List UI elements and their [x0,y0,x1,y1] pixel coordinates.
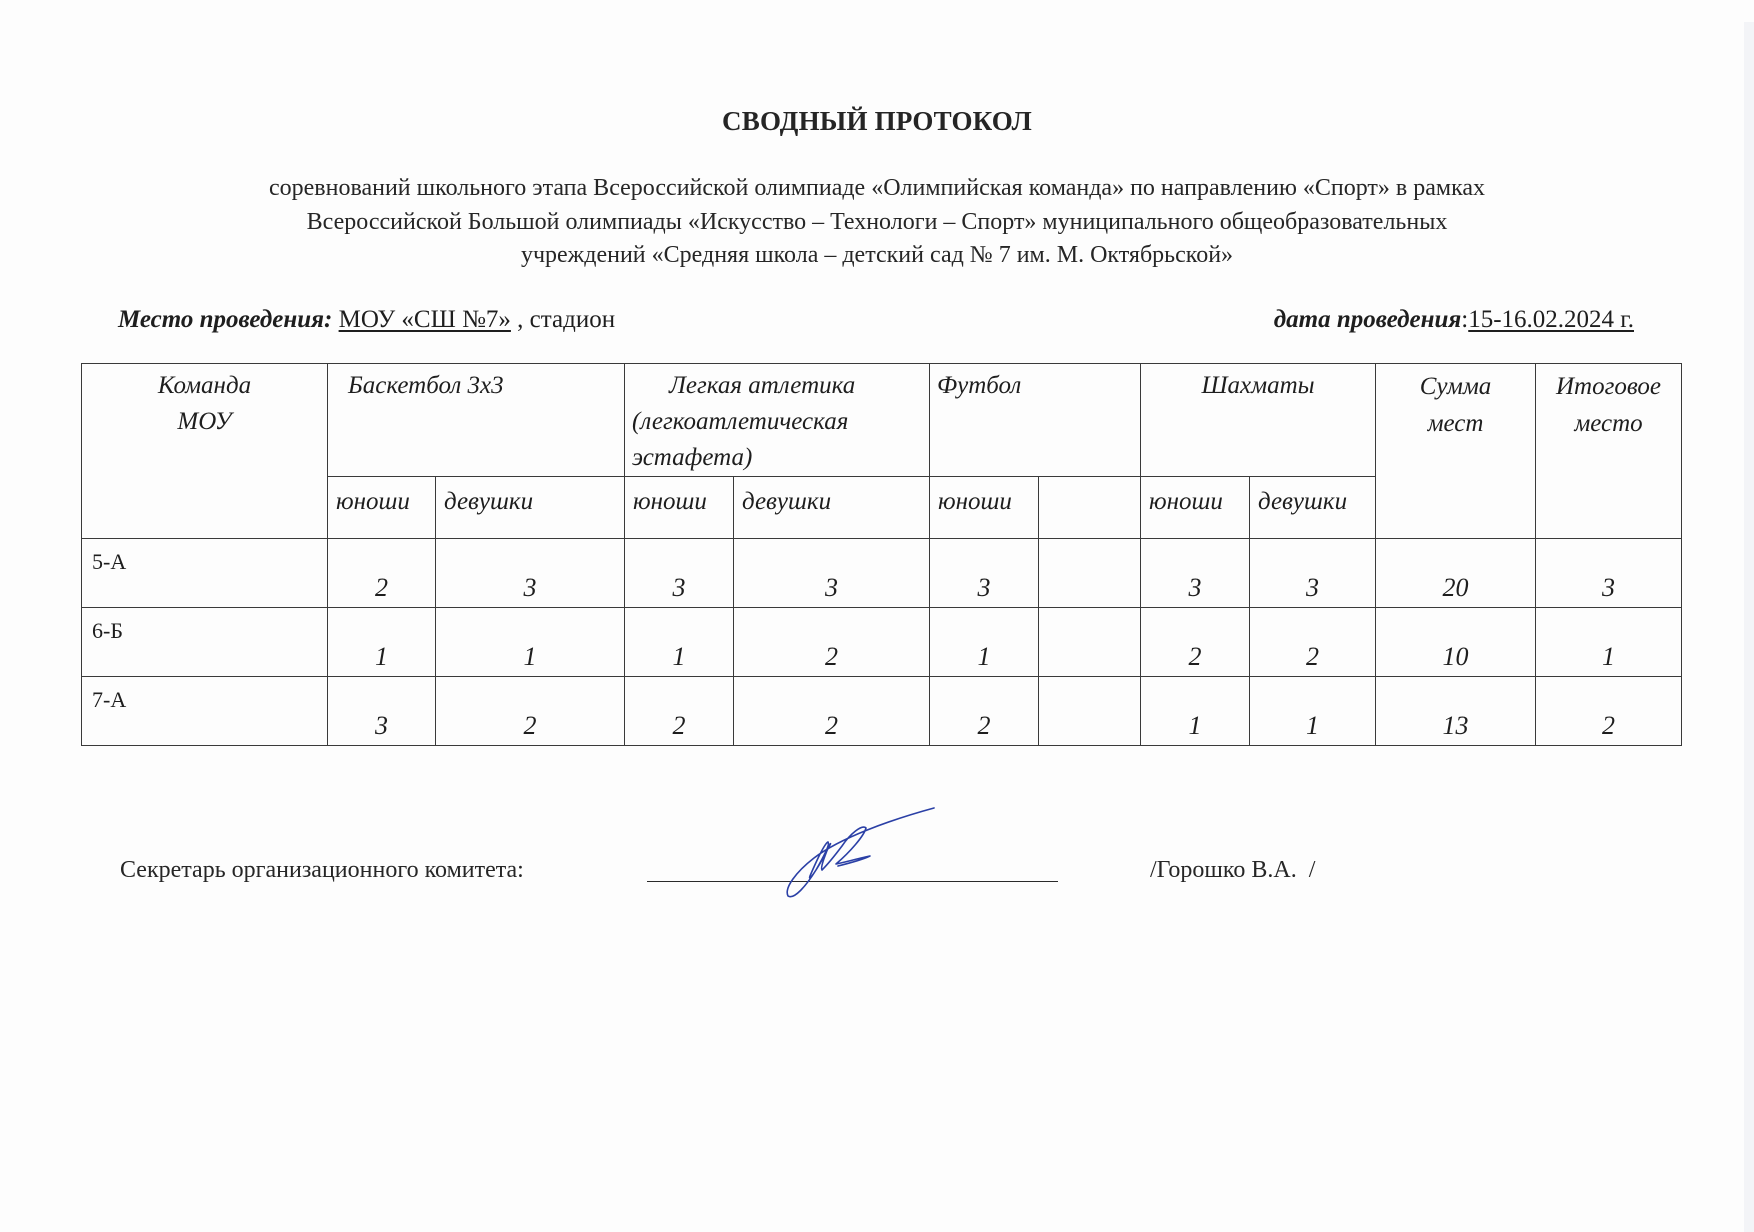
signature-icon [770,800,940,900]
header-sum: Сумма мест [1376,364,1536,539]
cell-value: 1 [328,608,436,677]
header-athletics-line: эстафета) [632,440,929,476]
cell-value: 3 [328,677,436,746]
cell-value: 2 [1250,608,1376,677]
date-value: 15-16.02.2024 г. [1468,306,1634,333]
cell-value: 3 [1141,539,1250,608]
subheader-basketball-girls: девушки [436,477,625,539]
document-subtitle: соревнований школьного этапа Всероссийск… [100,172,1654,273]
cell-value: 2 [436,677,625,746]
venue-label: Место проведения: [118,306,332,333]
venue-suffix: , стадион [511,306,615,333]
results-table: Команда МОУ Баскетбол 3х3 Легкая атлетик… [81,363,1682,746]
header-row-main: Команда МОУ Баскетбол 3х3 Легкая атлетик… [82,364,1682,477]
subheader-basketball-boys: юноши [328,477,436,539]
team-name: 6-Б [82,608,328,677]
subheader-athletics-boys: юноши [625,477,734,539]
cell-value: 2 [328,539,436,608]
cell-sum: 20 [1376,539,1536,608]
cell-value [1039,608,1141,677]
team-name: 5-А [82,539,328,608]
cell-value [1039,677,1141,746]
subheader-football-boys: юноши [930,477,1039,539]
cell-value: 3 [1250,539,1376,608]
cell-sum: 13 [1376,677,1536,746]
cell-value: 1 [1141,677,1250,746]
cell-value: 2 [1141,608,1250,677]
scan-edge-strip [1744,22,1754,1232]
header-final-line: место [1536,405,1681,442]
header-athletics-line: (легкоатлетическая [632,404,929,440]
table-row: 7-А 3 2 2 2 2 1 1 13 2 [82,677,1682,746]
header-sum-line: Сумма [1376,368,1535,405]
header-sum-line: мест [1376,405,1535,442]
cell-value: 2 [625,677,734,746]
cell-value: 3 [734,539,930,608]
cell-value: 1 [930,608,1039,677]
header-football: Футбол [930,364,1141,477]
header-team: Команда МОУ [82,364,328,539]
subtitle-line: учреждений «Средняя школа – детский сад … [100,239,1654,273]
date-label: дата проведения [1274,306,1462,333]
header-final-place: Итоговое место [1536,364,1682,539]
cell-value: 1 [625,608,734,677]
header-team-line: Команда [82,368,327,404]
document-title: СВОДНЫЙ ПРОТОКОЛ [0,106,1754,137]
subheader-chess-girls: девушки [1250,477,1376,539]
header-chess: Шахматы [1141,364,1376,477]
header-basketball: Баскетбол 3х3 [328,364,625,477]
header-final-line: Итоговое [1536,368,1681,405]
subtitle-line: Всероссийской Большой олимпиады «Искусст… [100,206,1654,240]
header-athletics-line: Легкая атлетика [632,368,929,404]
table-row: 6-Б 1 1 1 2 1 2 2 10 1 [82,608,1682,677]
team-name: 7-А [82,677,328,746]
subheader-chess-boys: юноши [1141,477,1250,539]
cell-final-place: 1 [1536,608,1682,677]
cell-final-place: 2 [1536,677,1682,746]
cell-final-place: 3 [1536,539,1682,608]
cell-value: 3 [625,539,734,608]
venue-value: МОУ «СШ №7» [339,306,511,333]
cell-sum: 10 [1376,608,1536,677]
table-row: 5-А 2 3 3 3 3 3 3 20 3 [82,539,1682,608]
date-line: дата проведения:15-16.02.2024 г. [1274,306,1634,334]
cell-value [1039,539,1141,608]
subheader-football-empty [1039,477,1141,539]
cell-value: 3 [930,539,1039,608]
secretary-name: /Горошко В.А. / [1150,857,1315,884]
cell-value: 3 [436,539,625,608]
cell-value: 1 [436,608,625,677]
subtitle-line: соревнований школьного этапа Всероссийск… [100,172,1654,206]
cell-value: 1 [1250,677,1376,746]
secretary-label: Секретарь организационного комитета: [120,857,524,884]
cell-value: 2 [734,608,930,677]
header-athletics: Легкая атлетика (легкоатлетическая эстаф… [625,364,930,477]
cell-value: 2 [930,677,1039,746]
header-team-line: МОУ [82,404,327,440]
subheader-athletics-girls: девушки [734,477,930,539]
cell-value: 2 [734,677,930,746]
venue-line: Место проведения: МОУ «СШ №7» , стадион [118,306,615,334]
